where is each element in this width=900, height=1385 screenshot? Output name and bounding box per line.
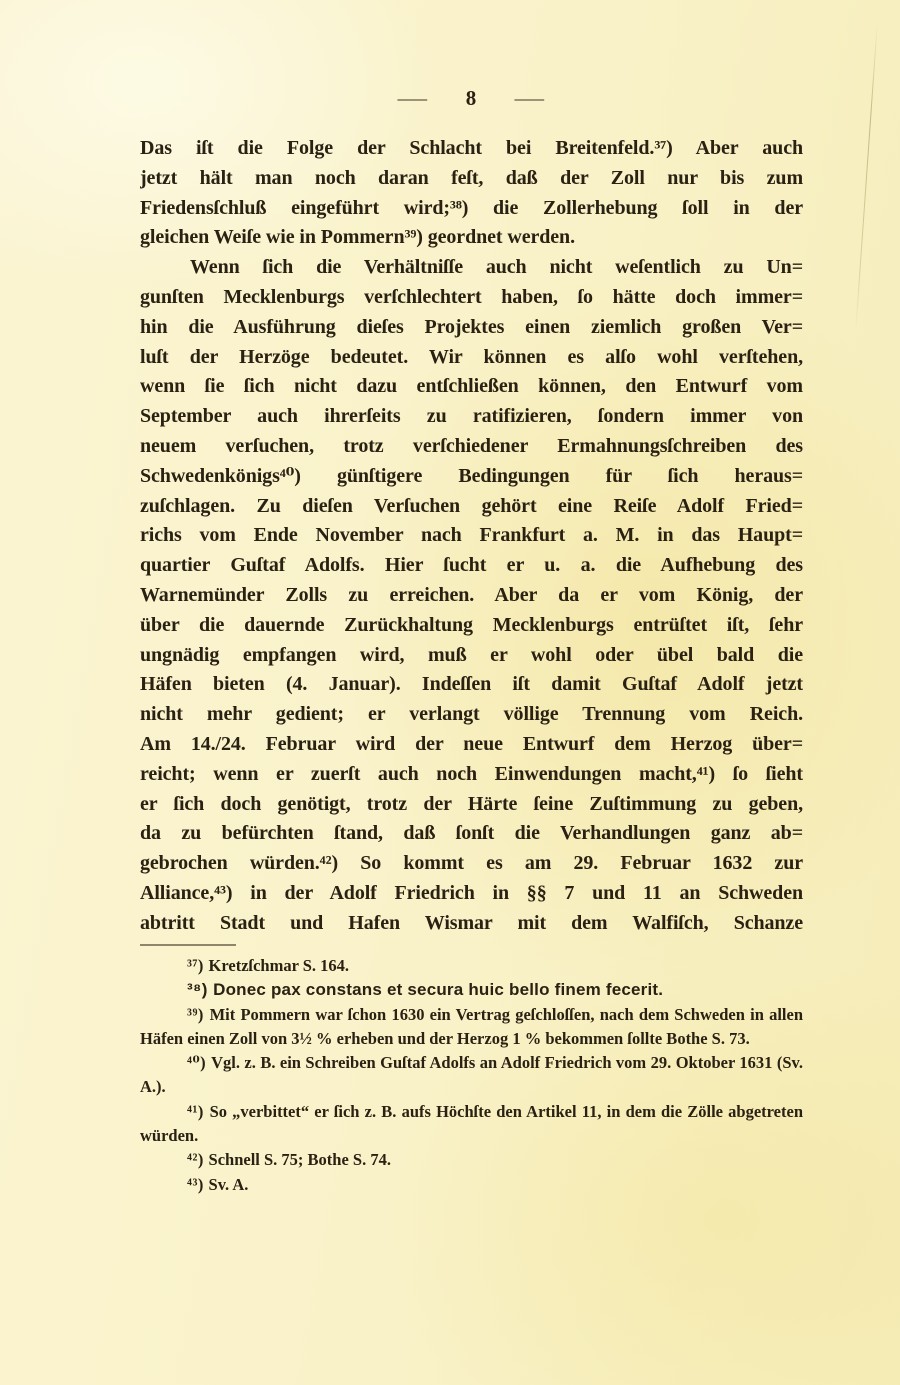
footnote: ⁴⁰) Vgl. z. B. ein Schreiben Guſtaf Adol… [140,1051,803,1100]
body-line: Wenn ſich die Verhältniſſe auch nicht we… [140,253,803,283]
body-line: gebrochen würden.⁴²) So kommt es am 29. … [140,849,803,879]
footnote-marker: ⁴⁰) [187,1053,211,1072]
body-line: über die dauernde Zurückhaltung Mecklenb… [140,611,803,641]
body-line: ungnädig empfangen wird, muß er wohl ode… [140,641,803,671]
footnotes: ³⁷) Kretzſchmar S. 164.³⁸) Donec pax con… [140,954,803,1197]
body-line: neuem verſuchen, trotz verſchiedener Erm… [140,432,803,462]
footnote-separator [140,944,236,946]
footnote: ⁴²) Schnell S. 75; Bothe S. 74. [140,1148,803,1172]
footnote-text: Donec pax constans et secura huic bello … [213,980,663,999]
body-line: hin die Ausführung dieſes Projektes eine… [140,313,803,343]
footnote-text: Vgl. z. B. ein Schreiben Guſtaf Adolfs a… [140,1053,803,1096]
footnote-marker: ³⁷) [187,956,209,975]
body-line: quartier Guſtaf Adolfs. Hier ſucht er u.… [140,551,803,581]
footnote: ⁴³) Sv. A. [140,1173,803,1197]
body-line: Am 14./24. Februar wird der neue Entwurf… [140,730,803,760]
footnote-marker: ⁴²) [187,1150,209,1169]
body-line: September auch ihrerſeits zu ratifiziere… [140,402,803,432]
body-line: reicht; wenn er zuerſt auch noch Einwend… [140,760,803,790]
page-number: 8 [466,86,478,111]
header-dash-right: — [515,86,546,111]
footnote: ⁴¹) So „verbittet“ er ſich z. B. aufs Hö… [140,1100,803,1149]
body-line: gunſten Mecklenburgs verſchlechtert habe… [140,283,803,313]
header-dash-left: — [397,86,428,111]
body-line: er ſich doch genötigt, trotz der Härte ſ… [140,790,803,820]
footnote-marker: ⁴¹) [187,1102,210,1121]
body-line: richs vom Ende November nach Frankfurt a… [140,521,803,551]
body-line: Das iſt die Folge der Schlacht bei Breit… [140,134,803,164]
body-line: da zu befürchten ſtand, daß ſonſt die Ve… [140,819,803,849]
body-line: jetzt hält man noch daran feſt, daß der … [140,164,803,194]
footnote-text: So „verbittet“ er ſich z. B. aufs Höchſt… [140,1102,803,1145]
body-line: zuſchlagen. Zu dieſen Verſuchen gehört e… [140,492,803,522]
body-line: gleichen Weiſe wie in Pommern³⁹) geordne… [140,223,803,253]
body-line: Alliance,⁴³) in der Adolf Friedrich in §… [140,879,803,909]
footnote-text: Mit Pommern war ſchon 1630 ein Vertrag g… [140,1005,803,1048]
footnote-marker: ³⁹) [187,1005,210,1024]
body-line: nicht mehr gedient; er verlangt völlige … [140,700,803,730]
body-text: Das iſt die Folge der Schlacht bei Breit… [140,134,803,939]
body-line: Häfen bieten (4. Januar). Indeſſen iſt d… [140,670,803,700]
footnote-marker: ³⁸) [187,980,213,999]
body-line: wenn ſie ſich nicht dazu entſchließen kö… [140,372,803,402]
footnote-marker: ⁴³) [187,1175,209,1194]
footnote-text: Schnell S. 75; Bothe S. 74. [209,1150,391,1169]
footnote-text: Sv. A. [209,1175,249,1194]
book-page: — 8 — Das iſt die Folge der Schlacht bei… [0,0,900,1385]
footnote: ³⁸) Donec pax constans et secura huic be… [140,978,803,1002]
body-line: luſt der Herzöge bedeutet. Wir können es… [140,343,803,373]
body-line: Warnemünder Zolls zu erreichen. Aber da … [140,581,803,611]
running-head: — 8 — [140,86,803,111]
paper-crease [855,22,878,331]
footnote: ³⁹) Mit Pommern war ſchon 1630 ein Vertr… [140,1003,803,1052]
body-line: Schwedenkönigs⁴⁰) günſtigere Bedingungen… [140,462,803,492]
footnote: ³⁷) Kretzſchmar S. 164. [140,954,803,978]
footnote-text: Kretzſchmar S. 164. [209,956,350,975]
body-line: abtritt Stadt und Hafen Wismar mit dem W… [140,909,803,939]
body-line: Friedensſchluß eingeführt wird;³⁸) die Z… [140,194,803,224]
